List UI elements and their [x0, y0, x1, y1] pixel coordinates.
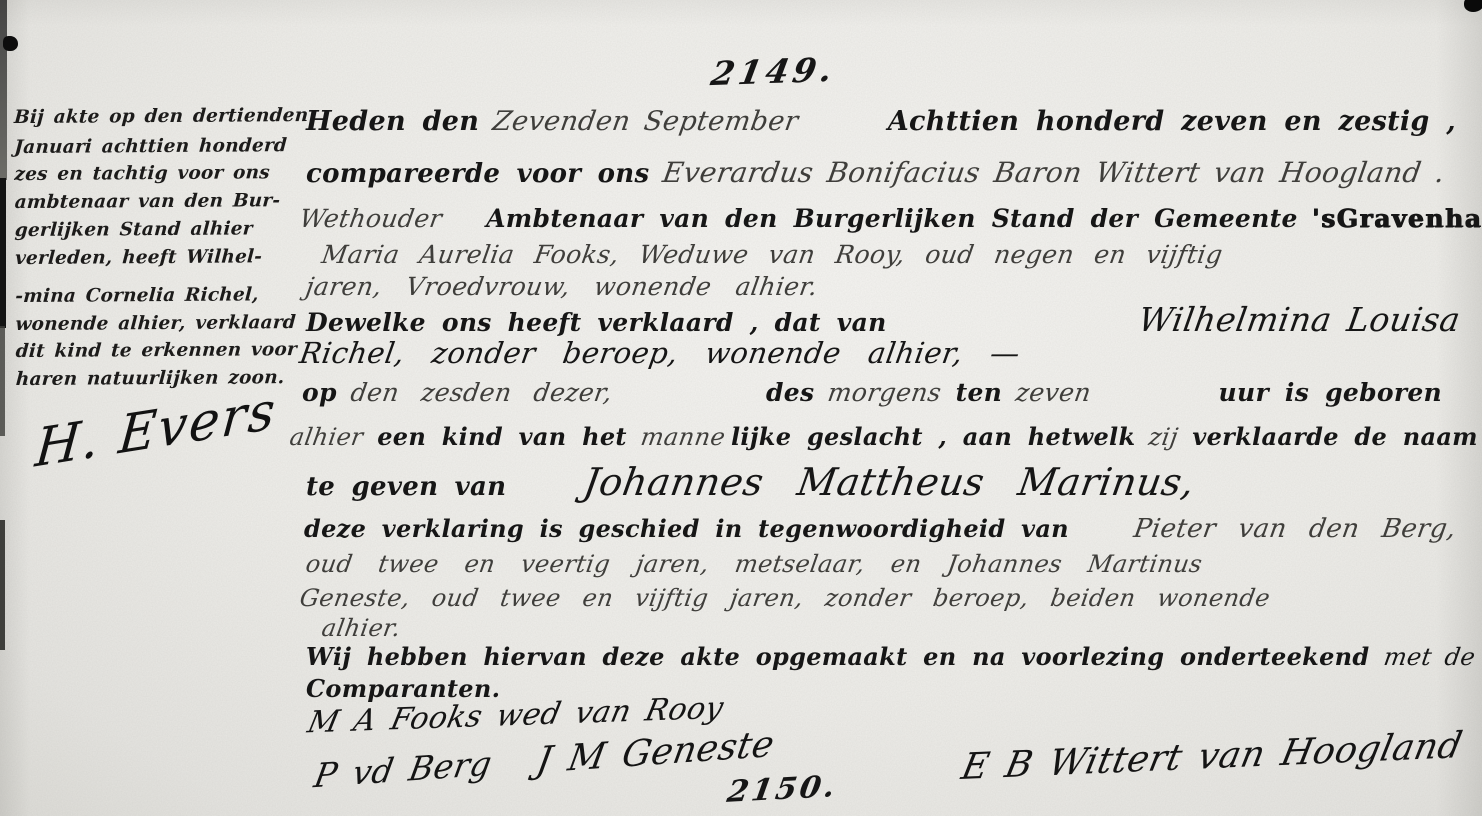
handwritten-text: Everardus Bonifacius Baron Wittert van H…: [661, 156, 1448, 189]
handwritten-text: zij: [1147, 423, 1180, 451]
act-line: Heden den Zevenden September Achttien ho…: [306, 106, 1456, 137]
margin-line: dit kind te erkennen voor: [15, 339, 298, 362]
signature-official-wittert: E B Wittert van Hoogland: [961, 725, 1462, 788]
printed-text: Dewelke ons heeft verklaard , dat van: [306, 308, 887, 337]
act-line: te geven van Johannes Mattheus Marinus,: [306, 460, 1195, 504]
handwritten-text: Richel, zonder beroep, wonende alhier, —: [297, 336, 1022, 370]
act-line: jaren, Vroedvrouw, wonende alhier.: [306, 272, 818, 301]
printed-text: verklaarde de naam: [1192, 422, 1478, 451]
printed-text: Heden den: [306, 106, 479, 137]
printed-text: op: [302, 378, 337, 407]
margin-line: Bij akte op den dertienden: [13, 105, 309, 128]
printed-text: te geven van: [306, 472, 506, 502]
handwritten-text: E B Wittert van Hoogland: [958, 725, 1466, 788]
signature-witness-berg: P vd Berg: [311, 743, 495, 797]
handwritten-text: morgens: [826, 378, 944, 407]
margin-signature-evers: H. Evers: [33, 380, 279, 480]
printed-text: compareerde voor ons: [306, 159, 649, 189]
printed-text: deze verklaring is geschied in tegenwoor…: [304, 514, 1069, 543]
handwritten-text: alhier.: [320, 614, 403, 642]
handwritten-text: jaren, Vroedvrouw, wonende alhier.: [304, 272, 820, 301]
handwritten-text: Johannes Mattheus Marinus,: [581, 460, 1198, 504]
handwritten-text: manne: [639, 423, 728, 451]
printed-text: uur is geboren: [1219, 378, 1443, 407]
signature-witness-geneste: J M Geneste: [534, 724, 778, 782]
handwritten-text: Maria Aurelia Fooks, Weduwe van Rooy, ou…: [320, 240, 1225, 269]
act-line: Maria Aurelia Fooks, Weduwe van Rooy, ou…: [322, 240, 1222, 269]
handwritten-text: Wilhelmina Louisa: [1136, 300, 1463, 339]
left-edge-artifact: [0, 520, 5, 650]
handwritten-text: met de: [1381, 643, 1477, 671]
handwritten-text: Pieter van den Berg,: [1132, 514, 1459, 544]
handwritten-text: Zevenden September: [491, 106, 801, 137]
printed-text: lijke geslacht , aan hetwelk: [731, 422, 1135, 451]
act-line: compareerde voor ons Everardus Bonifaciu…: [306, 156, 1445, 189]
left-edge-artifact: [0, 178, 6, 328]
left-edge-artifact: [0, 326, 5, 436]
printed-text: Ambtenaar van den Burgerlijken Stand der…: [486, 204, 1298, 233]
handwritten-text: oud twee en veertig jaren, metselaar, en…: [304, 550, 1205, 578]
act-line: alhier een kind van het manne lijke gesl…: [290, 422, 1452, 451]
margin-line: wonende alhier, verklaard: [15, 312, 297, 335]
printed-text: Wij hebben hiervan deze akte opgemaakt e…: [306, 642, 1370, 671]
act-line: oud twee en veertig jaren, metselaar, en…: [306, 550, 1202, 578]
act-line: Wij hebben hiervan deze akte opgemaakt e…: [306, 642, 1456, 671]
ink-blot-top-left: [3, 36, 18, 51]
margin-annotation: Bij akte op den dertienden Januari achtt…: [14, 105, 314, 107]
margin-line: zes en tachtig voor ons: [14, 162, 271, 185]
printed-text: een kind van het: [377, 422, 627, 451]
printed-text: Achttien honderd zeven en zestig ,: [888, 106, 1456, 137]
margin-line: gerlijken Stand alhier: [14, 218, 253, 241]
gothic-text: 'sGravenhage,: [1312, 204, 1482, 233]
act-line: Geneste, oud twee en vijftig jaren, zond…: [300, 584, 1270, 612]
printed-text: des: [766, 378, 814, 407]
handwritten-text: Wethouder: [298, 204, 445, 233]
handwritten-text: den zesden dezer,: [348, 378, 614, 407]
act-line: op den zesden dezer, des morgens ten zev…: [302, 378, 1442, 407]
handwritten-text: alhier: [288, 423, 366, 451]
next-record-number: 2150.: [725, 769, 841, 810]
margin-line: ambtenaar van den Bur-: [14, 190, 281, 213]
act-line: Richel, zonder beroep, wonende alhier, —: [300, 336, 1020, 370]
ink-blot-top-right: [1464, 0, 1482, 12]
handwritten-text: Geneste, oud twee en vijftig jaren, zond…: [298, 584, 1272, 612]
act-line: Wethouder Ambtenaar van den Burgerlijken…: [300, 204, 1458, 233]
left-edge-artifact: [0, 0, 7, 180]
margin-line: verleden, heeft Wilhel-: [14, 246, 262, 269]
act-line: alhier.: [322, 614, 401, 642]
printed-text: ten: [956, 378, 1003, 407]
scanned-birth-record: 2149. Bij akte op den dertienden Januari…: [0, 0, 1482, 816]
act-line: deze verklaring is geschied in tegenwoor…: [304, 514, 1456, 544]
margin-line: -mina Cornelia Richel,: [15, 284, 260, 307]
handwritten-text: zeven: [1014, 378, 1094, 407]
margin-line: Januari achttien honderd: [14, 135, 288, 158]
record-number: 2149.: [708, 50, 839, 93]
act-line: Dewelke ons heeft verklaard , dat van Wi…: [306, 300, 1460, 339]
